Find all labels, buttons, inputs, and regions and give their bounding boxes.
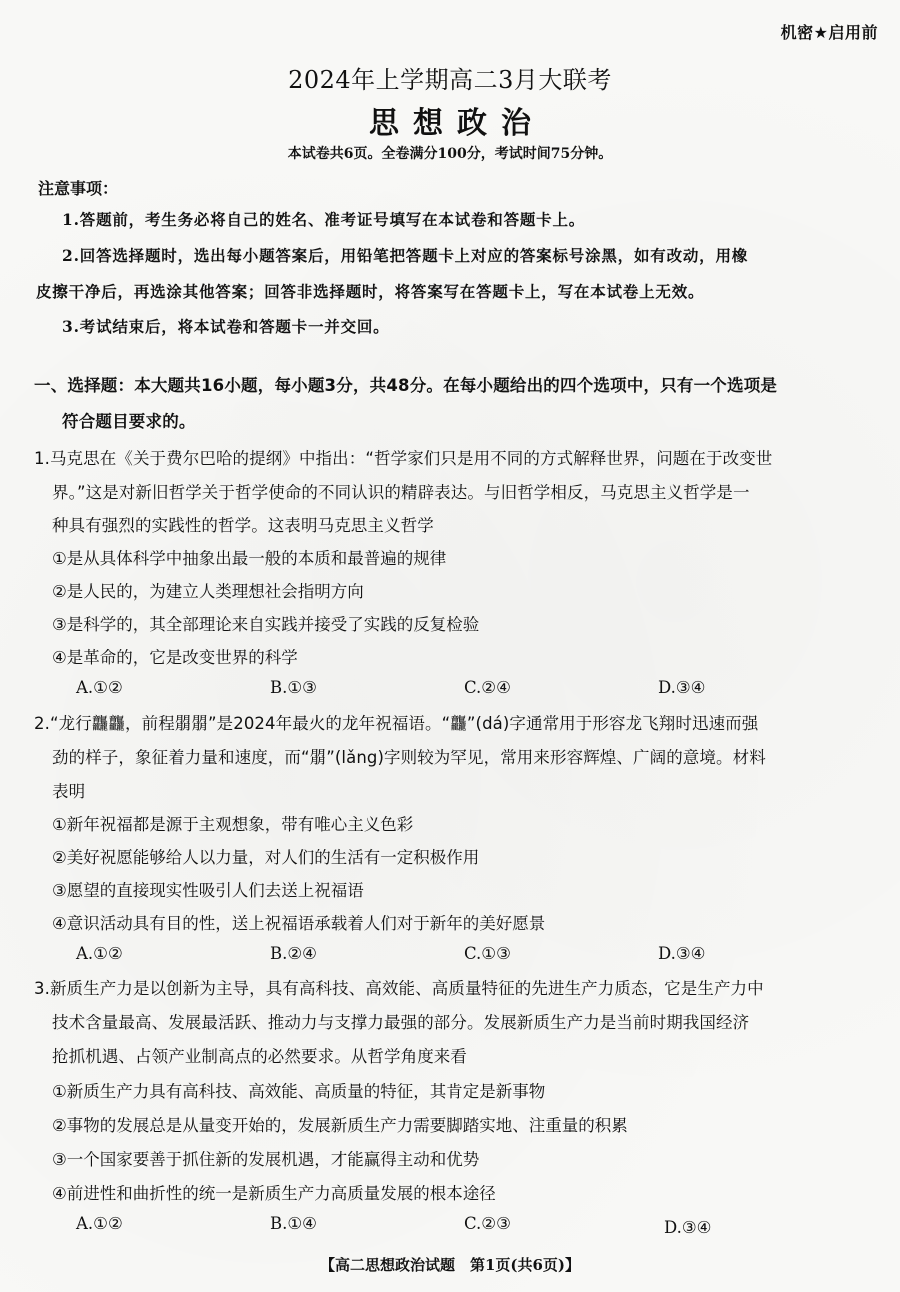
question-2-option-3: ③愿望的直接现实性吸引人们去送上祝福语 (52, 877, 364, 901)
question-3-line-2: 技术含量最高、发展最活跃、推动力与支撑力最强的部分。发展新质生产力是当前时期我国… (52, 1009, 749, 1033)
question-2-line-1: 2.“龙行龘龘，前程朤朤”是2024年最火的龙年祝福语。“龘”(dá)字通常用于… (34, 710, 758, 734)
question-3-line-1: 3.新质生产力是以创新为主导，具有高科技、高效能、高质量特征的先进生产力质态，它… (34, 975, 764, 999)
question-2-choice-b: B.②④ (270, 944, 317, 963)
question-2-option-2: ②美好祝愿能够给人以力量，对人们的生活有一定积极作用 (52, 844, 479, 868)
question-1-line-1: 1.马克思在《关于费尔巴哈的提纲》中指出：“哲学家们只是用不同的方式解释世界，问… (34, 445, 772, 469)
question-3-choice-a: A.①② (76, 1214, 123, 1233)
subject-title: 思想政治 (0, 98, 900, 142)
notice-item-3: 3.考试结束后，将本试卷和答题卡一并交回。 (62, 315, 389, 337)
question-2-choice-c: C.①③ (464, 944, 511, 963)
question-3-choice-c: C.②③ (464, 1214, 511, 1233)
exam-title: 2024年上学期高二3月大联考 (0, 60, 900, 95)
exam-page: 机密★启用前 2024年上学期高二3月大联考 思想政治 本试卷共6页。全卷满分1… (0, 0, 900, 1292)
question-1-option-1: ①是从具体科学中抽象出最一般的本质和最普遍的规律 (52, 545, 446, 569)
question-1-option-4: ④是革命的，它是改变世界的科学 (52, 644, 298, 668)
notice-item-2: 2.回答选择题时，选出每小题答案后，用铅笔把答题卡上对应的答案标号涂黑，如有改动… (62, 244, 748, 266)
section-heading-cont: 符合题目要求的。 (62, 408, 196, 432)
question-2-option-4: ④意识活动具有目的性，送上祝福语承载着人们对于新年的美好愿景 (52, 910, 545, 934)
question-1-choice-c: C.②④ (464, 678, 511, 697)
question-1-choice-d: D.③④ (658, 678, 705, 697)
page-footer: 【高二思想政治试题 第1页(共6页)】 (0, 1254, 900, 1275)
question-2-choice-d: D.③④ (658, 944, 705, 963)
notice-heading: 注意事项： (38, 176, 118, 199)
question-1-line-2: 界。”这是对新旧哲学关于哲学使命的不同认识的精辟表达。与旧哲学相反，马克思主义哲… (52, 479, 750, 503)
question-1-choice-b: B.①③ (270, 678, 317, 697)
question-2-option-1: ①新年祝福都是源于主观想象，带有唯心主义色彩 (52, 811, 413, 835)
question-1-option-3: ③是科学的，其全部理论来自实践并接受了实践的反复检验 (52, 611, 479, 635)
question-1-option-2: ②是人民的，为建立人类理想社会指明方向 (52, 578, 364, 602)
question-3-choice-b: B.①④ (270, 1214, 317, 1233)
question-2-line-2: 劲的样子，象征着力量和速度，而“朤”(lǎng)字则较为罕见，常用来形容辉煌、广… (52, 744, 766, 768)
question-3-option-1: ①新质生产力具有高科技、高效能、高质量的特征，其肯定是新事物 (52, 1078, 545, 1102)
question-2-choice-a: A.①② (76, 944, 123, 963)
section-heading: 一、选择题：本大题共16小题，每小题3分，共48分。在每小题给出的四个选项中，只… (34, 372, 777, 396)
question-3-choice-d: D.③④ (664, 1218, 711, 1237)
question-3-line-3: 抢抓机遇、占领产业制高点的必然要求。从哲学角度来看 (52, 1043, 467, 1067)
question-3-option-4: ④前进性和曲折性的统一是新质生产力高质量发展的根本途径 (52, 1180, 496, 1204)
question-1-choice-a: A.①② (76, 678, 123, 697)
confidential-mark: 机密★启用前 (781, 20, 878, 43)
question-2-line-3: 表明 (52, 778, 85, 802)
question-1-line-3: 种具有强烈的实践性的哲学。这表明马克思主义哲学 (52, 512, 434, 536)
question-3-option-2: ②事物的发展总是从量变开始的，发展新质生产力需要脚踏实地、注重量的积累 (52, 1112, 628, 1136)
question-3-option-3: ③一个国家要善于抓住新的发展机遇，才能赢得主动和优势 (52, 1146, 479, 1170)
exam-info: 本试卷共6页。全卷满分100分，考试时间75分钟。 (0, 143, 900, 163)
notice-item-2-cont: 皮擦干净后，再选涂其他答案；回答非选择题时，将答案写在答题卡上，写在本试卷上无效… (36, 280, 704, 302)
notice-item-1: 1.答题前，考生务必将自己的姓名、准考证号填写在本试卷和答题卡上。 (62, 208, 585, 230)
